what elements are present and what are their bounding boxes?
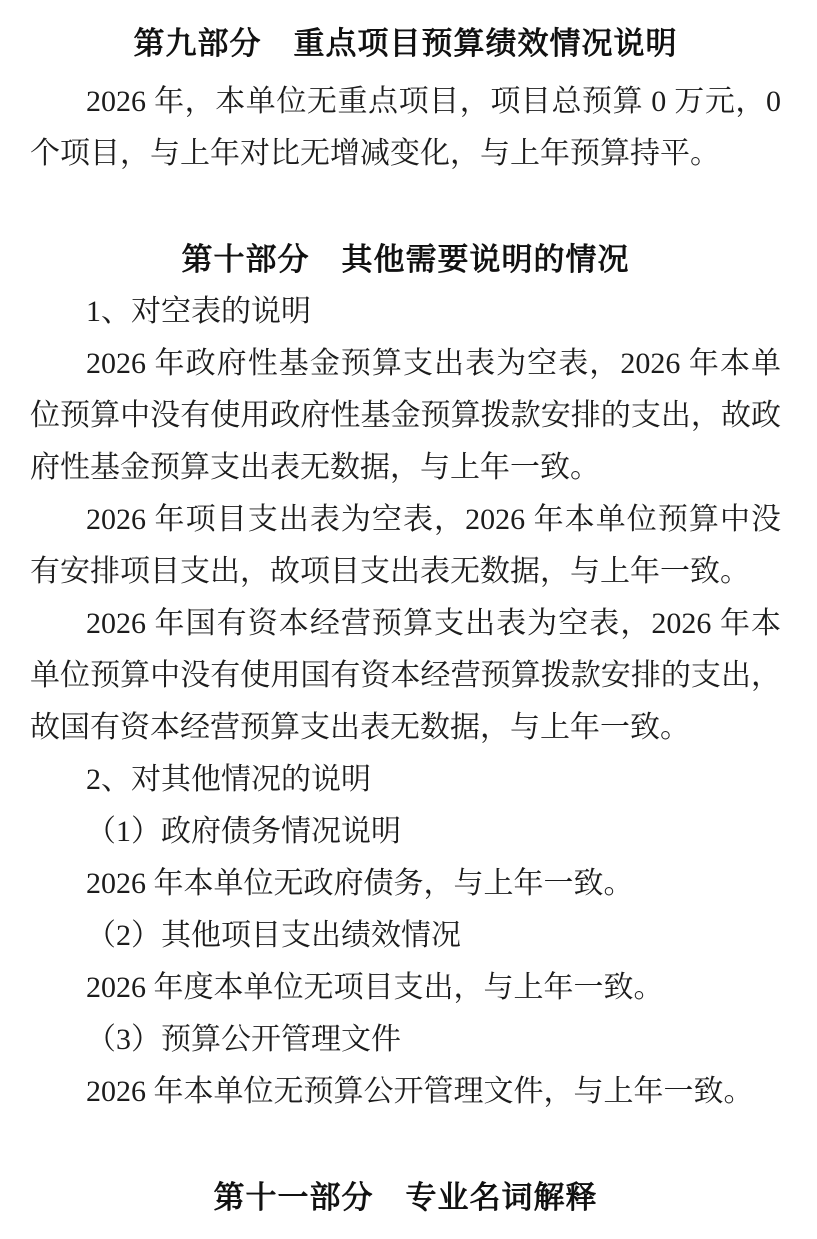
budget-disclosure-files-subheading: （3）预算公开管理文件 (30, 1014, 781, 1066)
other-project-performance-subheading: （2）其他项目支出绩效情况 (30, 910, 781, 962)
other-situations-note-label: 2、对其他情况的说明 (30, 754, 781, 806)
government-debt-subheading: （1）政府债务情况说明 (30, 806, 781, 858)
section-nine-summary-paragraph: 2026 年，本单位无重点项目，项目总预算 0 万元，0 个项目，与上年对比无增… (30, 76, 781, 180)
project-expenditure-paragraph: 2026 年项目支出表为空表，2026 年本单位预算中没有安排项目支出，故项目支… (30, 494, 781, 598)
section-eleven-heading: 第十一部分 专业名词解释 (30, 1172, 781, 1224)
government-fund-budget-paragraph: 2026 年政府性基金预算支出表为空表，2026 年本单位预算中没有使用政府性基… (30, 338, 781, 494)
document-page: 第九部分 重点项目预算绩效情况说明 2026 年，本单位无重点项目，项目总预算 … (0, 0, 817, 1239)
budget-disclosure-files-paragraph: 2026 年本单位无预算公开管理文件，与上年一致。 (30, 1066, 781, 1118)
state-capital-budget-paragraph: 2026 年国有资本经营预算支出表为空表，2026 年本单位预算中没有使用国有资… (30, 598, 781, 754)
section-nine-heading: 第九部分 重点项目预算绩效情况说明 (30, 18, 781, 70)
other-project-performance-paragraph: 2026 年度本单位无项目支出，与上年一致。 (30, 962, 781, 1014)
section-ten-heading: 第十部分 其他需要说明的情况 (30, 234, 781, 286)
empty-tables-note-label: 1、对空表的说明 (30, 286, 781, 338)
government-debt-paragraph: 2026 年本单位无政府债务，与上年一致。 (30, 858, 781, 910)
